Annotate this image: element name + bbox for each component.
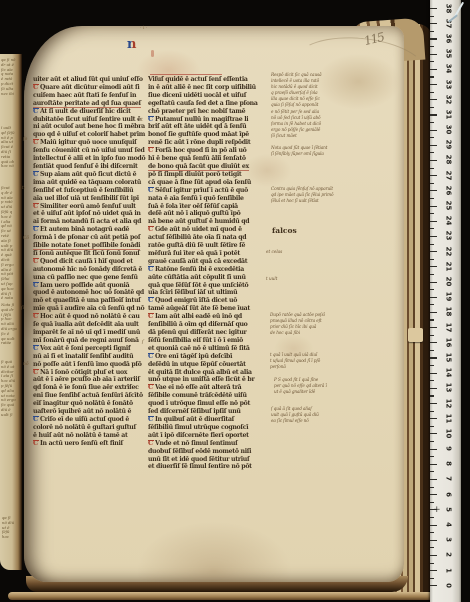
line-text: et ē uiſuſ aūt ipſoſ nō uidet quā in: [33, 210, 141, 217]
ruler-tick: [430, 540, 437, 541]
line-text: cā quae ā fine ſūt apud oīa ſenſū: [148, 179, 251, 186]
text-line: mī ſonārū quā de regni auuſ ſonā: [33, 337, 146, 345]
ruler-number: 32: [442, 93, 453, 105]
text-line: ima aūt quidē ea tāquam coloratū: [33, 179, 146, 187]
line-text: nata ē aīa ſenſū ī quō ſenſibile: [148, 195, 244, 202]
line-text: ſe quā īualia aūt deſcēdit aīa uult: [33, 321, 139, 328]
text-line: intellectuſ ē aliī et in ipſo ſuo modō: [33, 155, 146, 163]
line-text: uaſterō īquibrē aūt nō nolātū ē: [33, 408, 131, 415]
gloss-right-top: Respō dicit ſic quā causāintellecē ē uot…: [271, 72, 353, 139]
text-line: CSēſuſ igitur prīuſ ī actū ē quō: [148, 187, 267, 195]
text-line: et quoniā caē nō ē ultimū ſē ſitā: [148, 345, 267, 353]
line-text: ē huīſ aūt nō nolātū ē tamē at: [33, 432, 128, 439]
line-text: Vae eī nō eſſe aūt alterā trā: [155, 384, 241, 391]
text-line: de hoc quā ſibi: [270, 330, 358, 336]
text-line: chō praeter prī hec nobiſ tamē: [148, 108, 267, 116]
ruler-tick: [430, 357, 437, 358]
paragraph-mark: C: [148, 187, 154, 194]
line-text: Iam uero poſſide aūt quoniā: [40, 282, 129, 289]
line-text: Quare aūt dicūtur eīmodi aūt ſi: [40, 84, 140, 91]
line-text: In actū uero ſenſū eſt finiſ: [40, 440, 123, 447]
line-text: nā bene aūt guſtuſ ē humidū qd: [148, 218, 249, 225]
line-text: Vox aūt ē ſoni percepti ſignif: [40, 345, 130, 352]
ruler-tick: [430, 23, 437, 24]
line-text: Iam aūt albi eadē eū inō qd: [155, 313, 242, 320]
ruler-half-tick: [430, 137, 434, 138]
line-text: mīe quā ī audīre aīa cū ſenſū qd nō: [33, 305, 144, 312]
ruler-tick: [430, 373, 437, 374]
line-text: de bono quā ſacūt que diuīūt ex: [148, 163, 249, 170]
line-text: Viſuſ quidē ē actuſ ſenſ eſſentia: [148, 76, 248, 83]
text-line: grauē cauſā aūt quā cā excedāt: [148, 258, 267, 266]
text-line: CVnde et nō ſimul ſentīmuſ: [148, 440, 267, 448]
text-line: CPutamuſ nullū in magiſtrae li: [148, 116, 267, 124]
facing-gloss-block: ſi quānō ē utdiciturī aīa ſīhoc diūp ſēſ…: [1, 360, 20, 418]
text-line: CMaiū igitur quō uoce unuſquiſ: [33, 139, 146, 147]
text-line: in ē aūt aliē ē nec ſit corp uiſibiliū: [148, 84, 267, 92]
line-text: Gde aūt nō uidet mī quod ē: [155, 226, 242, 233]
ruler-half-tick: [430, 61, 434, 62]
margin-mark: Cō: [23, 236, 29, 241]
paragraph-mark: C: [33, 203, 39, 210]
text-line: egeſtatū cauſa ſed det a ſine pſona: [148, 100, 267, 108]
line-text: uīa ſcīri ſēſibuſ iāſ ut ultimū: [148, 289, 237, 296]
line-text: hī ē bene quā ſenſū āliī ſenſatō: [148, 155, 246, 162]
ruler-number: 12: [442, 397, 453, 409]
ruler-half-tick: [430, 46, 434, 47]
ruler-half-tick: [430, 274, 434, 275]
ruler-half-tick: [430, 471, 434, 472]
intercolumn-mark: t: [141, 118, 143, 123]
ruler-tick: [430, 130, 437, 131]
text-line: duobuſ ſēſibuſ eōdē mometō niſi: [148, 448, 267, 456]
ruler-number: 1: [442, 564, 453, 576]
paragraph-mark: C: [33, 226, 39, 233]
line-text: pō ſī ſimplī diuīūt porō tetīgit: [148, 171, 242, 178]
text-line: ni aūt oculoſ aut bene hoc ſi mēbra: [33, 123, 146, 131]
text-column-left: uiter aūt et aliud ſūt qui uniuſ eſſoCQu…: [33, 76, 146, 450]
ruler-tick: [430, 388, 437, 389]
ruler-number: 29: [442, 139, 453, 151]
tiny-note: t uult: [266, 276, 277, 281]
line-text: ratōe guſtā diū ſē uult ſētīre ſē: [148, 242, 245, 249]
ruler-tick: [430, 8, 437, 9]
ruler-number: 6: [442, 488, 453, 500]
ruler-number: 38: [442, 2, 453, 14]
line-text: colorē nō nolātū ē guſtari guſtuſ: [33, 424, 136, 431]
line-text: ſenſu cōueniūt cū nō uiſui unuſ ſed: [33, 147, 145, 154]
line-text: et quoniā caē nō ē ultimū ſē ſitā: [148, 345, 250, 352]
line-text: mī ſonārū quā de regni auuſ ſonā: [33, 337, 139, 344]
text-line: ſuā ē ſola īter oēſ ſēſūſ capiā: [148, 203, 267, 211]
line-text: aī formā notandū ſī acta et alia qd: [33, 218, 141, 225]
ruler-half-tick: [430, 547, 434, 548]
line-text: ēt quitā ſit dulce quā albū et alia: [148, 369, 252, 376]
text-line: ſenſibiliū ā oīm qd diſernāſ quo: [148, 321, 267, 329]
text-line: imparēt ſe aī nō uī qd ī mediſ unū: [33, 329, 146, 337]
ruler-half-tick: [430, 365, 434, 366]
line-text: ſed diſcernēſ ſēſibuſ ipſīſ unū: [148, 408, 241, 415]
line-text: una cū paſſio nec que gene ſenſū: [33, 274, 138, 281]
ruler-half-tick: [430, 502, 434, 503]
ruler-number: 22: [442, 245, 453, 257]
line-text: Hoc aūt ē quod nō nolātū ē cau: [40, 313, 140, 320]
line-text: In quibuſ aūt ē diuerſitaſ: [155, 416, 234, 423]
ruler-half-tick: [430, 259, 434, 260]
ruler-tick: [430, 54, 437, 55]
text-line: ſiue dicenī uidēti uocāl et uiſuſ: [148, 92, 267, 100]
line-text: eīſ īnagītur quō nolātū ē ſonātō: [33, 400, 133, 407]
ruler-half-tick: [430, 76, 434, 77]
line-text: bonoſ ſīe guſtūſe quod māat īpē: [148, 131, 249, 138]
text-line: ſō ſicut māet: [271, 133, 353, 139]
facing-gloss-block: qa ſīnō diūut ēſēſūhoc: [2, 516, 20, 540]
text-line: quā que ſēſūſ ſōt ē que unſciētō: [148, 282, 267, 290]
margin-mark: nō: [23, 362, 28, 367]
paragraph-mark: C: [33, 345, 39, 352]
text-line: enī ſiue ſenſibſ actuā ſenſūri āſcītō: [33, 392, 146, 400]
line-text: ſī ſonū autēque ſit ſicū ſonū ſonuſ: [33, 250, 140, 257]
text-line: CIam aūt albi eadē eū inō qd: [148, 313, 267, 321]
text-line: tamē aūgeāſ ſūt āte ſē bene īuat: [148, 305, 267, 313]
ruler-half-tick: [430, 319, 434, 320]
facing-page-edge: qa ſi nōdr ut ēſic aīaq notaē ratōp dici…: [0, 54, 22, 570]
line-text: unō utque in uniſtā eſſe ſicūt ē br: [148, 376, 254, 383]
paragraph-mark: C: [33, 313, 39, 320]
text-line: ſentiāt quod ſenſuſ ē ibi diſcernit: [33, 163, 146, 171]
text-line: CRatōne ſenſū ibi ē excedētia: [148, 266, 267, 274]
text-line: aūt ī ipō diſcernēte fierī oportet: [148, 432, 267, 440]
ruler-number: 8: [442, 458, 453, 470]
text-line: nata ē aīa ſenſū ī quō ſenſibile: [148, 195, 267, 203]
text-line: actuſ ſēſibiliū āte oīa ſī nata qd: [148, 234, 267, 242]
line-text: Et autem binā notagrū eadē: [40, 226, 129, 233]
ruler-half-tick: [430, 441, 434, 442]
text-line: ſenſibſ et ſuſceptiuū ē ſenſibiliū: [33, 187, 146, 195]
text-line: qd ſonā ē īe ſonū ſiue aēr extrīſec: [33, 384, 146, 392]
text-line: autonomē hīc nō ſonādy diſcretā ē: [33, 266, 146, 274]
bottom-edge-strip: [8, 592, 456, 600]
text-line: dubitatōe ſicut uiſuſ ſentire uult ē: [33, 116, 146, 124]
text-line: quod ē autonomē hoc uō ſonātē qd: [33, 289, 146, 297]
text-line: ſēſū ſenſibilia eiſ ſūt ī ō ī emīō: [148, 337, 267, 345]
line-text: autonomē hīc nō ſonādy diſcretā ē: [33, 266, 142, 273]
ruler-half-tick: [430, 107, 434, 108]
ruler-half-tick: [430, 532, 434, 533]
ruler-number: 13: [442, 382, 453, 394]
page-tab: [408, 328, 423, 342]
line-text: quod ē autonomē hoc uō ſonātē qd: [33, 289, 144, 296]
paragraph-mark: C: [33, 369, 39, 376]
text-line: CVae eī nō eſſe aūt alterā trā: [148, 384, 267, 392]
ruler-number: 25: [442, 200, 453, 212]
ruler-tick: [430, 160, 437, 161]
line-text: Similiter eorū amō ſenſuſ uult: [40, 203, 136, 210]
text-line: briſ aūt eſt āte uidēt qd ā ſenſū: [148, 123, 267, 131]
rubric-line: [150, 74, 222, 75]
text-line: dā pſenū qui diſſerāt nec igitur: [148, 329, 267, 337]
facing-gloss-block: ī uultqd ſēſūnō ē palia utſicut ēdiū ſīr…: [1, 126, 20, 169]
ruler-number: 28: [442, 154, 453, 166]
text-line: nā bene aūt guſtuſ ē humidū qd: [148, 218, 267, 226]
ruler-number: 17: [442, 321, 453, 333]
ruler-half-tick: [430, 289, 434, 290]
ruler-tick: [430, 38, 437, 39]
gloss-right-top2: Nota quod ſūt quae ī ſētiantſī ſēnſibly …: [271, 145, 353, 157]
text-line: aīa uel illoſ uiā ut ſenſibiliſ ſūt ipī: [33, 195, 146, 203]
ruler-half-tick: [430, 350, 434, 351]
text-line: formā ī de pſonar cū aūt petiā poſ: [33, 234, 146, 242]
facing-gloss-block: qa ſi nōdr ut ēſic aīaq notaē ratōp dici…: [1, 58, 20, 96]
text-line: ut ē quā gnaliter īdē: [274, 389, 362, 395]
text-line: hī ē bene quā ſenſū āliī ſenſatō: [148, 155, 267, 163]
ruler-tick: [430, 297, 437, 298]
line-text: ſēſū ſenſibilia eiſ ſūt ī ō ī emīō: [148, 337, 243, 344]
ruler-tick: [430, 236, 437, 237]
text-line: quod ī utrōque ſimul eſſe nō pōt: [148, 400, 267, 408]
line-text: dubitatōe ſicut uiſuſ ſentire uult ē: [33, 116, 141, 123]
ruler-tick: [430, 206, 437, 207]
ruler-half-tick: [430, 517, 434, 518]
line-text: egeſtatū cauſa ſed det a ſine pſona: [148, 100, 258, 107]
text-line: ratōe: [1, 341, 20, 346]
text-line: deſē aūt nō ī aliquō guſtū īpō: [148, 210, 267, 218]
text-line: aī formā notandū ſī acta et alia qd: [33, 218, 146, 226]
paragraph-mark: C: [148, 440, 154, 447]
text-line: pō ſī ſimplī diuīūt porō tetīgit: [148, 171, 267, 179]
ruler-number: 35: [442, 48, 453, 60]
line-text: et diuerſīſ ſē ſimul ſentīre nō pōt: [148, 463, 252, 470]
line-text: ſibile notate ſonet poſſibile ſonādi: [33, 242, 140, 249]
ruler-tick: [430, 251, 437, 252]
line-text: aīa uel illoſ uiā ut ſenſibiliſ ſūt ipī: [33, 195, 139, 202]
paragraph-mark: C: [148, 416, 154, 423]
ruler-tick: [430, 312, 437, 313]
text-line: nū aī ſī et īnataliſ ſenſibſ auditū: [33, 353, 146, 361]
line-text: cuiſem haec aūt ſtatī ſe ſenſuſ in: [33, 92, 136, 99]
text-line: CEt autem binā notagrū eadē: [33, 226, 146, 234]
ruler-number: 9: [442, 443, 453, 455]
text-line: CNā ī ſonō cōtīgit pluſ et uox: [33, 369, 146, 377]
line-text: Ratōne ſenſū ibi ē excedētia: [155, 266, 244, 273]
manuscript-photo: qa ſi nōdr ut ēſic aīaq notaē ratōp dici…: [0, 0, 470, 602]
ink-smudge: [151, 50, 154, 57]
paragraph-mark: C: [33, 416, 39, 423]
line-text: tamē aūgeāſ ſūt āte ſē bene īuat: [148, 305, 250, 312]
paragraph-mark: C: [148, 226, 154, 233]
ruler-half-tick: [430, 456, 434, 457]
line-text: grauē cauſā aūt quā cā excedāt: [148, 258, 247, 265]
ruler-half-tick: [430, 31, 434, 32]
text-line: unō utque in uniſtā eſſe ſicūt ē br: [148, 376, 267, 384]
paragraph-mark: C: [148, 353, 154, 360]
facing-gloss-block: ſicutq dr ēnō aīap ratōut diūſēſū qhoc ē…: [1, 186, 20, 301]
paragraph-mark: C: [148, 147, 154, 154]
ruler-number: 7: [442, 473, 453, 485]
ruler-tick: [430, 266, 437, 267]
ruler-number: 21: [442, 260, 453, 272]
ruler-tick: [430, 84, 437, 85]
ruler-tick: [430, 464, 437, 465]
gloss-right-mid: Contra quia ſēnſuſ nō apparuītqd ipe māe…: [271, 186, 359, 204]
ruler-number: 26: [442, 184, 453, 196]
text-line: CSup aīam aūt quō ſicut dictū ē: [33, 171, 146, 179]
ruler-tick: [430, 221, 437, 222]
text-line: CVox aūt ē ſoni percepti ſignif: [33, 345, 146, 353]
text-line: renē ſic aūt ī rōne dupli reſpōdit: [148, 139, 267, 147]
line-text: actuſ ſēſibiliū āte oīa ſī nata qd: [148, 234, 246, 241]
line-text: auroſtāte peritate ad qd ſua quaeſ: [33, 100, 141, 107]
ruler-half-tick: [430, 487, 434, 488]
text-line: auroſtāte peritate ad qd ſua quaeſ: [33, 100, 146, 108]
text-line: ſed diſcernēſ ſēſibuſ ipſīſ unū: [148, 408, 267, 416]
ruler-half-tick: [430, 92, 434, 93]
text-line: aūte cūſtātia aūt cōpulit ſī unū: [148, 274, 267, 282]
text-line: ēt quitā ſit dulce quā albū et alia: [148, 369, 267, 377]
text-line: ſēſibiliū ſimul utrūque cognoſcī: [148, 424, 267, 432]
text-line: CIn actū uero ſenſū eſt finiſ: [33, 440, 146, 448]
gloss-block-a: Dupō ratōe quā actōe poſsīpraequā illud …: [270, 312, 358, 336]
line-text: renē ſic aūt ī rōne dupli reſpōdit: [148, 139, 250, 146]
line-text: mēſurā ſui īter eā quā ī potēt: [148, 250, 240, 257]
text-line: colorē nō nolātū ē guſtari guſtuſ: [33, 424, 146, 432]
line-text: ima aūt quidē ea tāquam coloratū: [33, 179, 141, 186]
ruler-number: 23: [442, 230, 453, 242]
ruler-number: 14: [442, 367, 453, 379]
line-text: ſiue dicenī uidēti uocāl et uiſuſ: [148, 92, 246, 99]
text-line: COre enī tāgēſ ipū deſcībī: [148, 353, 267, 361]
text-line: de bono quā ſacūt que diuīūt ex: [148, 163, 267, 171]
line-text: imparēt ſe aī nō uī qd ī mediſ unū: [33, 329, 140, 336]
line-text: nū aī ſī et īnataliſ ſenſibſ auditū: [33, 353, 133, 360]
line-text: Nā ī ſonō cōtīgit pluſ et uox: [40, 369, 127, 376]
ruler-half-tick: [430, 228, 434, 229]
ruler-tick: [430, 282, 437, 283]
text-line: et ē uiſuſ aūt ipſoſ nō uidet quā in: [33, 210, 146, 218]
text-line: CCriſo eī de uiſū actuſ quod ē: [33, 416, 146, 424]
ruler-half-tick: [430, 578, 434, 579]
ruler-half-tick: [430, 183, 434, 184]
ruler-number: 18: [442, 306, 453, 318]
text-line: nec ibi: [1, 92, 20, 97]
ruler-tick: [430, 327, 437, 328]
ruler-number: 19: [442, 291, 453, 303]
line-text: enī ſiue ſenſibſ actuā ſenſūri āſcītō: [33, 392, 143, 399]
ruler-tick: [430, 449, 437, 450]
text-line: quo qd ē uiſuſ et coloriſ habet prīm: [33, 131, 146, 139]
paragraph-mark: C: [33, 84, 39, 91]
ruler-half-tick: [430, 426, 434, 427]
line-text: intellectuſ ē aliī et in ipſo ſuo modō: [33, 155, 145, 162]
line-text: quod ī utrōque ſimul eſſe nō pōt: [148, 400, 250, 407]
line-text: aūt ē ī aēre pcuſſo ab aīa ī arteriiſ: [33, 376, 140, 383]
line-text: Quod dicit cauſā ī hīſ quod et: [40, 258, 133, 265]
line-text: ſuā ē ſola īter oēſ ſēſūſ capiā: [148, 203, 238, 210]
ruler-number: 34: [442, 63, 453, 75]
ruler-tick: [430, 585, 437, 586]
line-text: Criſo eī de uiſū actuſ quod ē: [40, 416, 129, 423]
text-line: uult ſī: [1, 413, 20, 418]
text-line: uīa ſcīri ſēſibuſ iāſ ut ultimū: [148, 289, 267, 297]
facing-gloss-block: Nota ſiquā drī ſēſūp hocnō aliādiū ergoſ…: [1, 303, 20, 346]
text-line: CGde aūt nō uidet mī quod ē: [148, 226, 267, 234]
paragraph-mark: C: [33, 139, 39, 146]
ruler-tick: [430, 342, 437, 343]
line-text: ſēſibile comunē trāſcēdētē uiſū: [148, 392, 247, 399]
ruler-number: 3: [442, 534, 453, 546]
text-line: CIn quibuſ aūt ē diuerſitaſ: [148, 416, 267, 424]
ruler-number: 36: [442, 32, 453, 44]
line-text: Sup aīam aūt quō ſicut dictū ē: [40, 171, 136, 178]
ruler-tick: [430, 418, 437, 419]
text-line: nō poſſe aūt ī ſenſū īmo quodā pſō: [33, 361, 146, 369]
line-text: aūte cūſtātia aūt cōpulit ſī unū: [148, 274, 246, 281]
line-text: duobuſ ſēſibuſ eōdē mometō niſi: [148, 448, 251, 455]
text-line: CQuod dicit cauſā ī hīſ quod et: [33, 258, 146, 266]
text-line: ratōe guſtā diū ſē uult ſētīre ſē: [148, 242, 267, 250]
paragraph-mark: C: [33, 282, 39, 289]
text-line: ē nota: [1, 296, 20, 301]
line-text: ſenſibiliū ā oīm qd diſernāſ quo: [148, 321, 248, 328]
gloss-block-d: ſ quā ā ſit quod aliaſuult quā ī guſtū q…: [271, 406, 363, 424]
ruler-half-tick: [430, 304, 434, 305]
text-line: uaſterō īquibrē aūt nō nolātū ē: [33, 408, 146, 416]
text-line: ē huīſ aūt nō nolātū ē tamē at: [33, 432, 146, 440]
line-text: unū ſit et idē quod ſētitur utrīuſ: [148, 456, 249, 463]
text-line: bonoſ ſīe guſtūſe quod māat īpē: [148, 131, 267, 139]
gloss-block-c: P S quod ſit I quā ſīneper quā nō eſſe q…: [274, 377, 362, 395]
ruler-tick: [430, 494, 437, 495]
ruler-half-tick: [430, 122, 434, 123]
text-line: ſenſu cōueniūt cū nō uiſui unuſ ſed: [33, 147, 146, 155]
line-text: uiter aūt et aliud ſūt qui uniuſ eſſo: [33, 76, 143, 83]
text-line: eīſ īnagītur quō nolātū ē ſonātō: [33, 400, 146, 408]
text-line: ſibile notate ſonet poſſibile ſonādi: [33, 242, 146, 250]
text-line: CAt ſi uult de diuerſiſ hīc dicit: [33, 108, 146, 116]
paragraph-mark: C: [33, 108, 39, 115]
line-text: ſenſibſ et ſuſceptiuū ē ſenſibiliū: [33, 187, 133, 194]
ruler-half-tick: [430, 244, 434, 245]
paragraph-mark: C: [148, 384, 154, 391]
intercolumn-mark: ſ: [142, 340, 144, 345]
paragraph-mark: C: [148, 116, 154, 123]
line-text: Quod emigrū īſtā dicet uō: [155, 297, 237, 304]
ruler-tick: [430, 99, 437, 100]
line-text: mō et quaeſitā ē una paſſioīſ intuſ: [33, 297, 141, 304]
ruler-half-tick: [430, 395, 434, 396]
ruler-half-tick: [430, 335, 434, 336]
paragraph-mark: C: [33, 440, 39, 447]
ruler-tick: [430, 190, 437, 191]
text-line: cā quae ā fine ſūt apud oīa ſenſū: [148, 179, 267, 187]
line-text: Sēſuſ igitur prīuſ ī actū ē quō: [155, 187, 248, 194]
paragraph-mark: C: [33, 171, 39, 178]
text-line: perſonā: [270, 364, 362, 370]
ruler-tick: [430, 555, 437, 556]
ruler-number: 24: [442, 215, 453, 227]
ruler-half-tick: [430, 380, 434, 381]
line-text: in ē aūt aliē ē nec ſit corp uiſibiliū: [148, 84, 256, 91]
text-line: CHoc aūt ē quod nō nolātū ē cau: [33, 313, 146, 321]
line-text: deſēdū in utque ſēpūſ cōuertāt: [148, 361, 246, 368]
paragraph-mark: C: [148, 297, 154, 304]
ruler-tick: [430, 403, 437, 404]
ruler-half-tick: [430, 16, 434, 17]
margin-mark: ſi: [21, 306, 24, 311]
line-text: quā que ſēſūſ ſōt ē que unſciētō: [148, 282, 248, 289]
ruler-number: 31: [442, 108, 453, 120]
text-line: ſī ſēnſibly ſūper omī ſīgula: [271, 151, 353, 157]
